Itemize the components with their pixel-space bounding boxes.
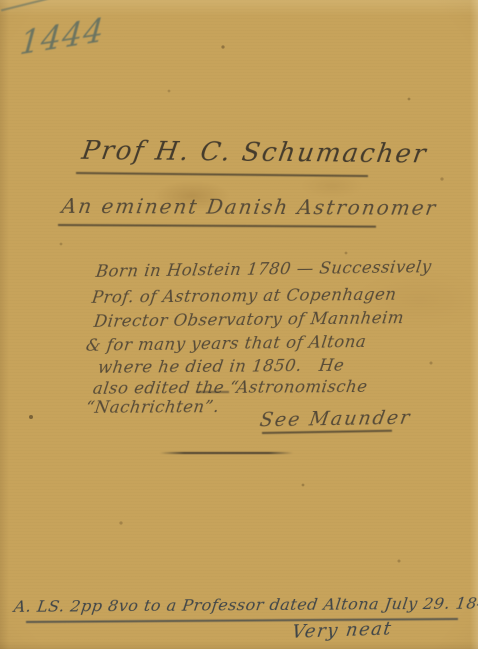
condition-note: Very neat [291,618,394,643]
bio-line: also edited the “Astronomische [92,377,369,398]
bio-line: Born in Holstein 1780 — Successively [95,257,433,281]
page-subtitle: An eminent Danish Astronomer [60,194,439,220]
bio-line: Prof. of Astronomy at Copenhagen [91,285,398,307]
paper-speckles [0,0,2,2]
bio-line: Director Observatory of Mannheim [93,308,405,331]
divider-line [160,452,293,454]
catalog-number: 1444 [18,10,106,62]
subtitle-underline [58,224,376,228]
page-title: Prof H. C. Schumacher [80,136,430,170]
pencil-cross-stroke [1,0,77,11]
ink-stroke [196,391,229,393]
reference-note: See Maunder [258,406,413,431]
bio-line: & for many years that of Altona [85,332,368,355]
manuscript-page: 1444 Prof H. C. Schumacher An eminent Da… [0,0,478,649]
bio-line: where he died in 1850. He [97,356,346,377]
dealer-note: A. LS. 2pp 8vo to a Professor dated Alto… [13,594,478,616]
bio-line: “Nachrichten”. [85,397,221,417]
title-underline [76,172,368,177]
